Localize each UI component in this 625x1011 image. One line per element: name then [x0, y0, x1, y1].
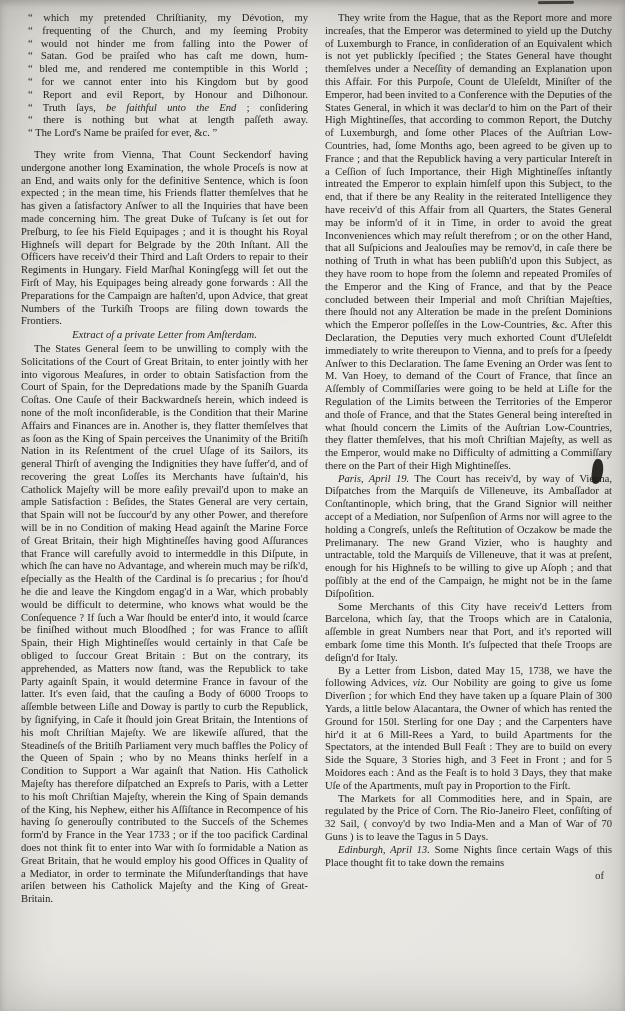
opening-quote-block: “ which my pretended Chriſtianity, my Dé…	[21, 13, 308, 141]
barcelona-news-paragraph: Some Merchants of this City have receiv'…	[325, 602, 612, 666]
text-segment: The Markets for all Commodities here, an…	[325, 794, 612, 843]
quote-line: “ for we cannot enter into his Kingdom b…	[28, 77, 308, 90]
italic-text-segment: viz.	[413, 678, 427, 689]
italic-text-segment: Paris, April 19.	[338, 474, 409, 485]
vienna-news-paragraph: They write from Vienna, That Count Secke…	[21, 150, 308, 329]
text-segment: Our Nobility are going to give us ſome D…	[325, 678, 612, 791]
text-segment: “ which my pretended Chriſtianity, my Dé…	[28, 13, 308, 24]
text-segment: “ would not hinder me from falling into …	[28, 39, 308, 50]
amsterdam-letter-heading: Extract of a private Letter from Amſterd…	[21, 330, 308, 343]
text-segment: They write from the Hague, that as the R…	[325, 13, 612, 472]
text-segment: “ The Lord's Name be praiſed for ever, &…	[28, 128, 217, 139]
two-column-layout: “ which my pretended Chriſtianity, my Dé…	[0, 0, 625, 907]
text-segment: “ there is nothing but what at length pa…	[28, 115, 308, 126]
text-segment: “ bled me, and rendered me contemptible …	[28, 64, 308, 75]
text-segment: The States General ſeem to be unwilling …	[21, 344, 308, 905]
text-segment: ; conſidering	[236, 103, 308, 114]
text-segment: “ frequenting of the Church, and my ſeem…	[28, 26, 308, 37]
text-segment: “ Satan. God be praiſed who has caſt me …	[28, 51, 308, 62]
quote-line: “ would not hinder me from falling into …	[28, 39, 308, 52]
edinburgh-news-paragraph: Edinburgh, April 13. Some Nights ſince c…	[325, 845, 612, 871]
text-segment: “ Truth ſays,	[28, 103, 106, 114]
quote-line: “ bled me, and rendered me contemptible …	[28, 64, 308, 77]
markets-news-paragraph: The Markets for all Commodities here, an…	[325, 794, 612, 845]
text-segment: They write from Vienna, That Count Secke…	[21, 150, 308, 327]
left-column: “ which my pretended Chriſtianity, my Dé…	[21, 13, 308, 907]
catchword: of	[325, 871, 612, 884]
quote-line: “ Report and evil Report, by Honour and …	[28, 90, 308, 103]
italic-text-segment: be faithful unto the End	[106, 103, 236, 114]
paris-news-paragraph: Paris, April 19. The Court has receiv'd,…	[325, 474, 612, 602]
text-segment: Some Merchants of this City have receiv'…	[325, 602, 612, 664]
italic-text-segment: Edinburgh, April 13.	[338, 845, 430, 856]
italic-text-segment: Extract of a private Letter from Amſterd…	[72, 330, 257, 341]
quote-line: “ Satan. God be praiſed who has caſt me …	[28, 51, 308, 64]
text-segment: The Court has receiv'd, by way of Vienna…	[325, 474, 612, 600]
text-segment: “ Report and evil Report, by Honour and …	[28, 90, 308, 101]
quote-line: “ which my pretended Chriſtianity, my Dé…	[28, 13, 308, 26]
text-segment: “ for we cannot enter into his Kingdom b…	[28, 77, 308, 88]
quote-line: “ Truth ſays, be faithful unto the End ;…	[28, 103, 308, 116]
right-column: They write from the Hague, that as the R…	[325, 13, 612, 907]
hague-news-paragraph: They write from the Hague, that as the R…	[325, 13, 612, 474]
quote-line: “ The Lord's Name be praiſed for ever, &…	[28, 128, 308, 141]
quote-line: “ there is nothing but what at length pa…	[28, 115, 308, 128]
amsterdam-letter-paragraph: The States General ſeem to be unwilling …	[21, 344, 308, 907]
lisbon-news-paragraph: By a Letter from Lisbon, dated May 15, 1…	[325, 666, 612, 794]
newspaper-page: “ which my pretended Chriſtianity, my Dé…	[0, 0, 625, 1011]
quote-line: “ frequenting of the Church, and my ſeem…	[28, 26, 308, 39]
